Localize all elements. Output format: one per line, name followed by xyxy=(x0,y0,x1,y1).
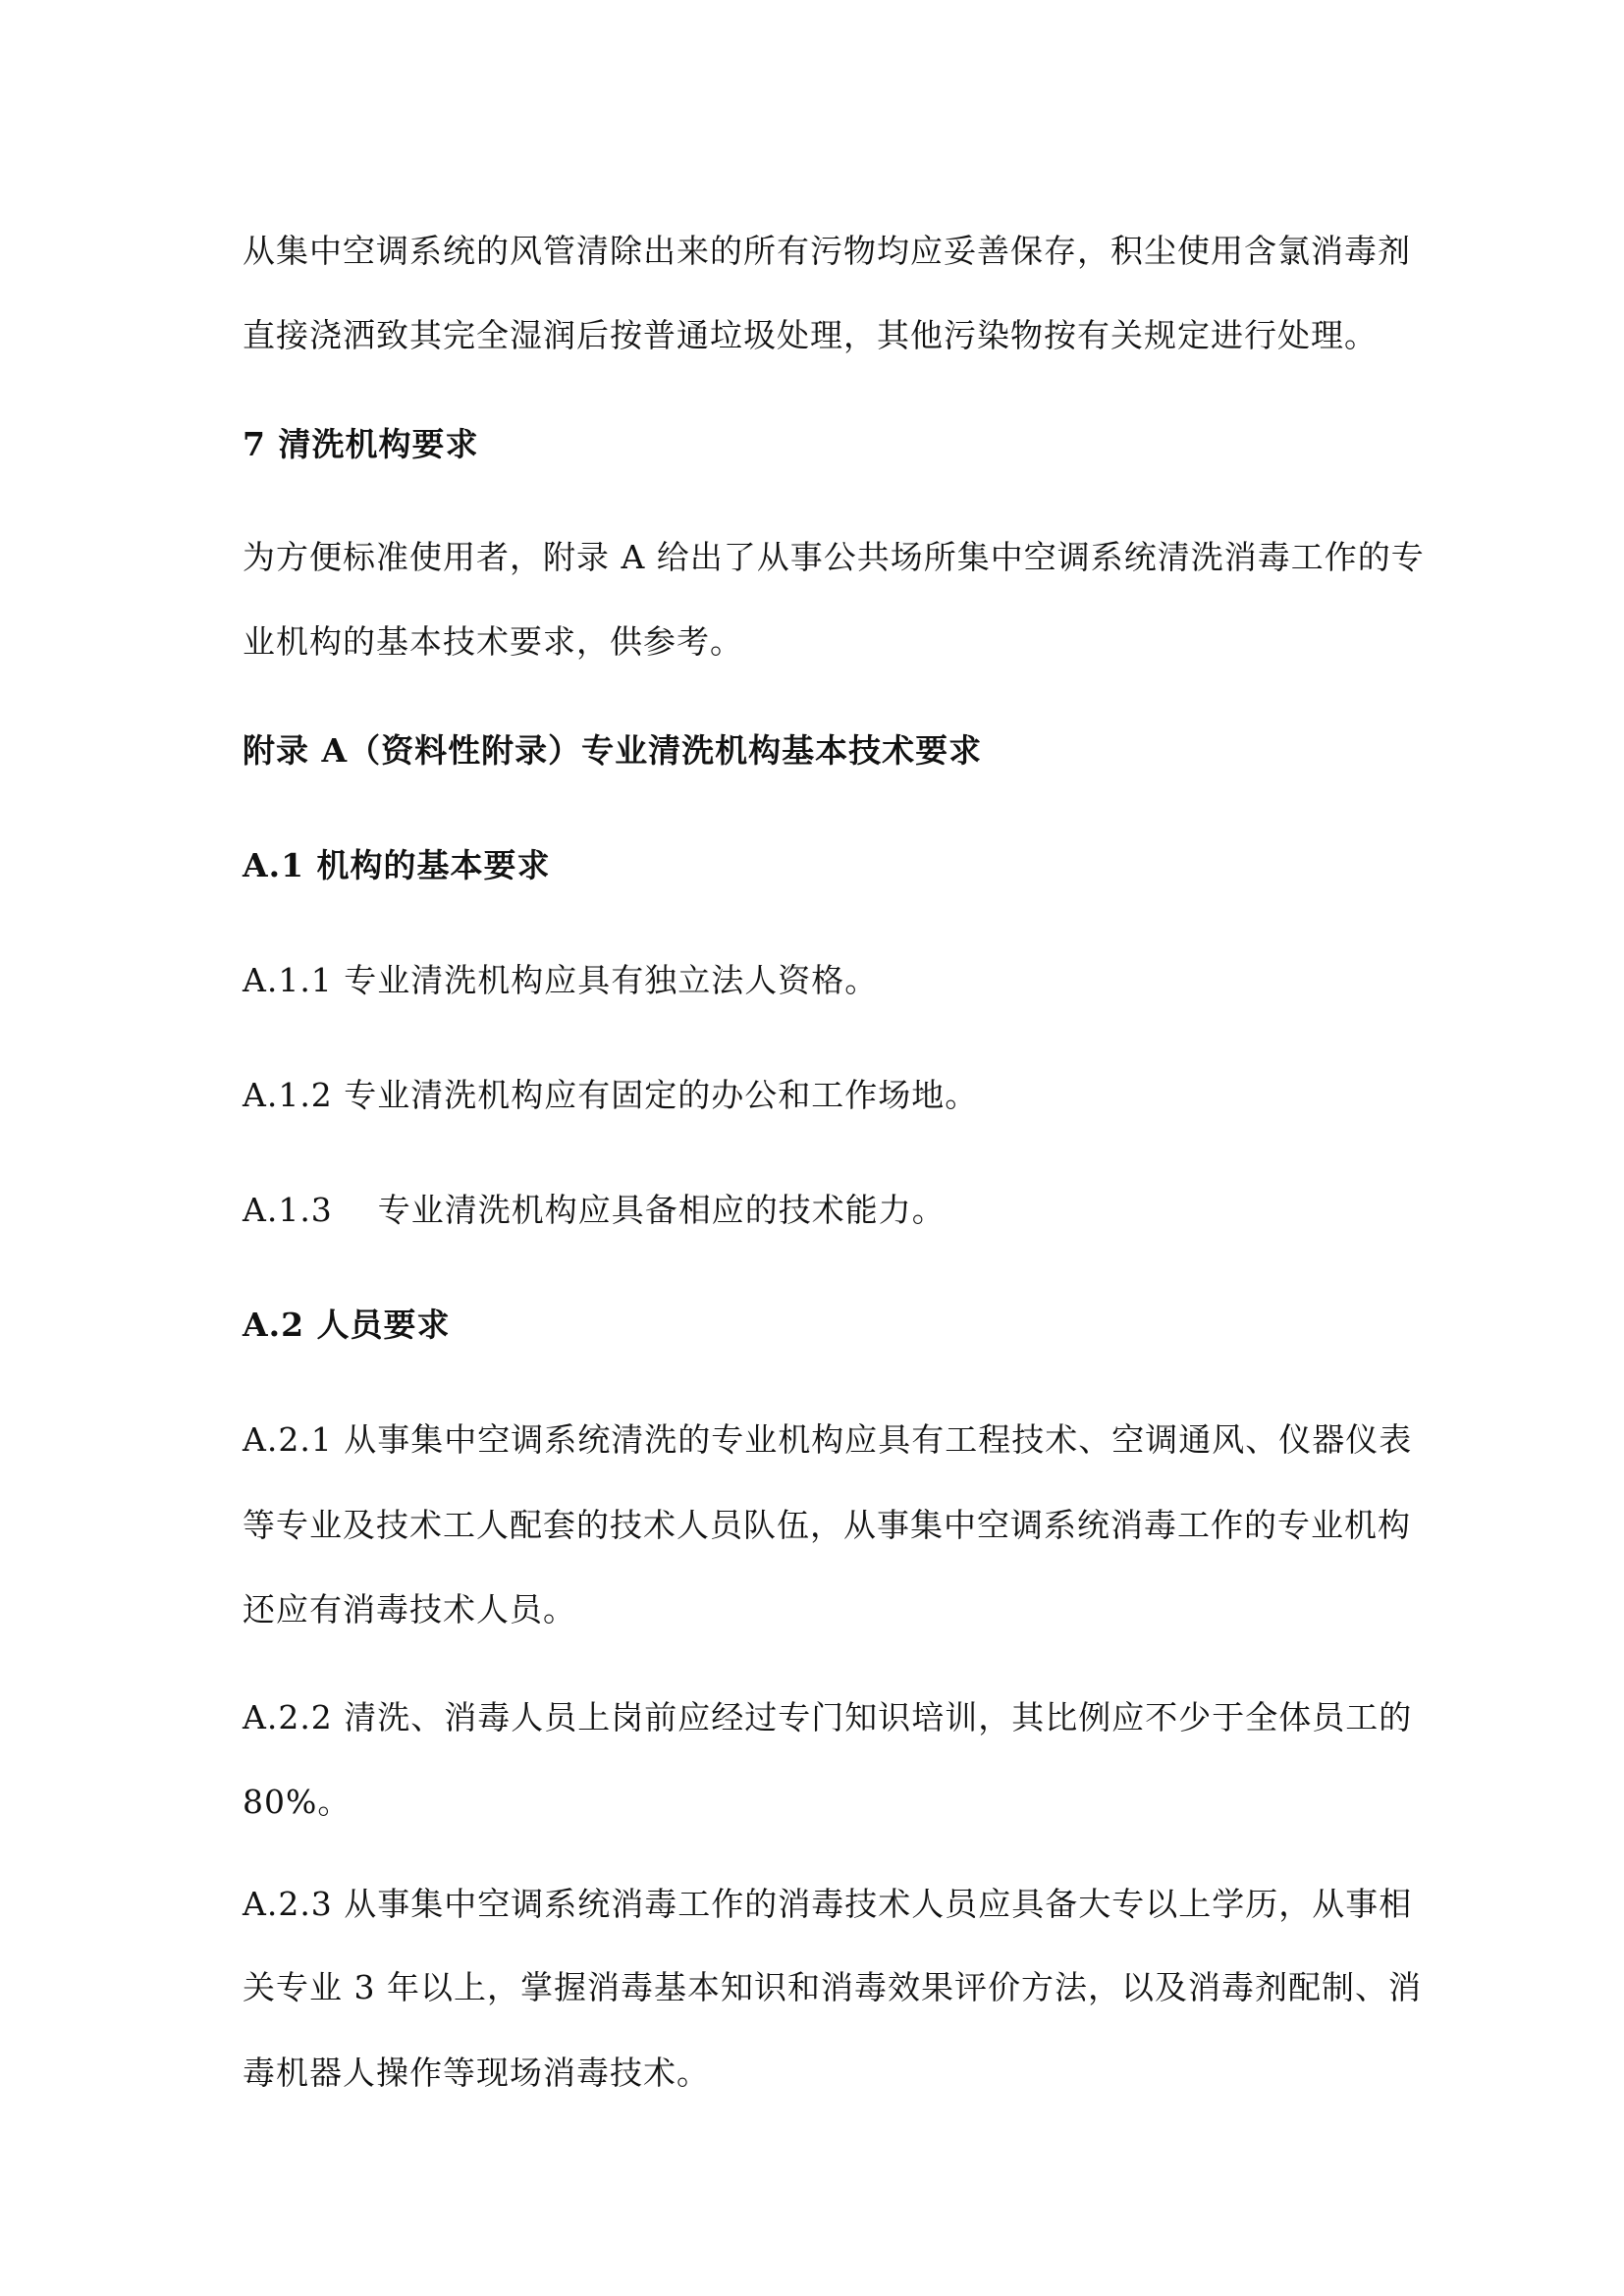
paragraph-line: 从集中空调系统的风管清除出来的所有污物均应妥善保存，积尘使用含氯消毒剂 xyxy=(243,232,1391,271)
clause-a-2-2: A.2.2 清洗、消毒人员上岗前应经过专门知识培训，其比例应不少于全体员工的 xyxy=(243,1698,1391,1737)
paragraph-line: 直接浇洒致其完全湿润后按普通垃圾处理，其他污染物按有关规定进行处理。 xyxy=(243,316,1391,355)
clause-a-1-3: A.1.3 专业清洗机构应具备相应的技术能力。 xyxy=(243,1191,1391,1230)
clause-a-2-3: A.2.3 从事集中空调系统消毒工作的消毒技术人员应具备大专以上学历，从事相 xyxy=(243,1885,1391,1924)
paragraph-line: 还应有消毒技术人员。 xyxy=(243,1590,1391,1629)
section-heading: 7 清洗机构要求 xyxy=(243,425,1391,464)
subsection-heading: A.2 人员要求 xyxy=(243,1306,1391,1345)
paragraph-line: 业机构的基本技术要求，供参考。 xyxy=(243,622,1391,662)
paragraph-line: 80%。 xyxy=(243,1783,1391,1822)
subsection-heading: A.1 机构的基本要求 xyxy=(243,846,1391,885)
appendix-heading: 附录 A（资料性附录）专业清洗机构基本技术要求 xyxy=(243,731,1391,771)
paragraph-line: 毒机器人操作等现场消毒技术。 xyxy=(243,2054,1391,2093)
paragraph-line: 为方便标准使用者，附录 A 给出了从事公共场所集中空调系统清洗消毒工作的专 xyxy=(243,538,1391,577)
clause-a-2-1: A.2.1 从事集中空调系统清洗的专业机构应具有工程技术、空调通风、仪器仪表 xyxy=(243,1420,1391,1460)
clause-a-1-2: A.1.2 专业清洗机构应有固定的办公和工作场地。 xyxy=(243,1076,1391,1115)
clause-a-1-1: A.1.1 专业清洗机构应具有独立法人资格。 xyxy=(243,961,1391,1000)
paragraph-line: 等专业及技术工人配套的技术人员队伍，从事集中空调系统消毒工作的专业机构 xyxy=(243,1506,1391,1545)
paragraph-line: 关专业 3 年以上，掌握消毒基本知识和消毒效果评价方法，以及消毒剂配制、消 xyxy=(243,1968,1391,2007)
